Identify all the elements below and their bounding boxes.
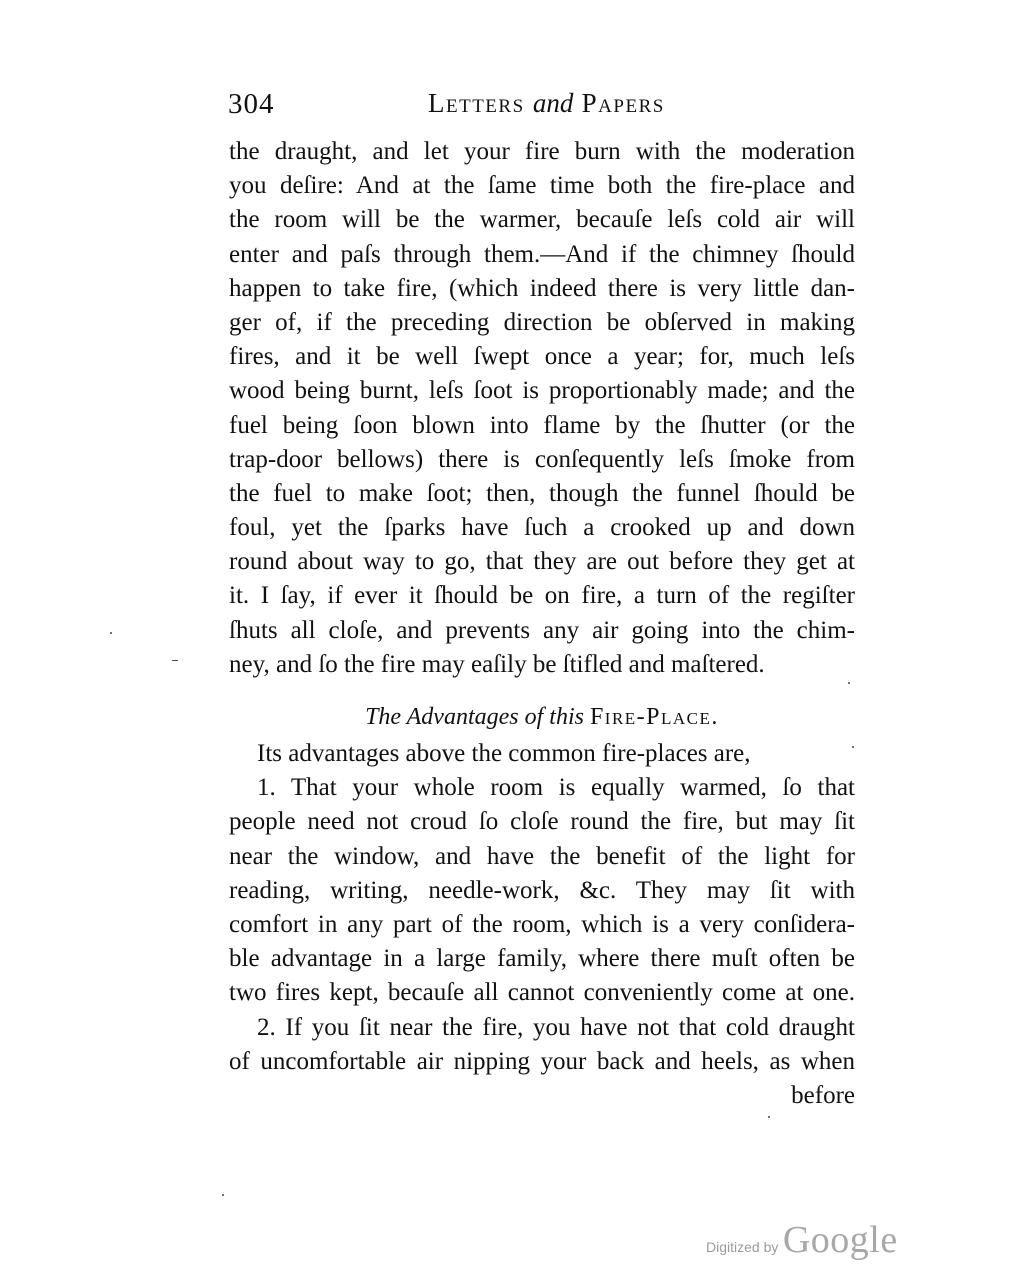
text-line: near the window, and have the benefit of… <box>229 840 855 874</box>
text-line: happen to take fire, (which indeed there… <box>229 272 855 306</box>
text-line: fires, and it be well ſwept once a year;… <box>229 340 855 374</box>
text-line: the draught, and let your fire burn with… <box>229 135 855 169</box>
text-line: round about way to go, that they are out… <box>229 545 855 579</box>
text-line: ble advantage in a large family, where t… <box>229 942 855 976</box>
running-head-post: Papers <box>573 88 664 118</box>
google-logo: Google <box>783 1219 898 1261</box>
text-line: the fuel to make ſoot; then, though the … <box>229 477 855 511</box>
text-line: ney, and ſo the fire may eaſily be ſtifl… <box>229 648 855 682</box>
page-header: 304 Letters and Papers <box>228 88 858 128</box>
page-number: 304 <box>228 88 275 121</box>
section-heading-italic: The Advantages of this <box>365 704 584 730</box>
scan-speck <box>848 682 850 684</box>
text-line: of uncomfortable air nipping your back a… <box>229 1045 855 1079</box>
text-line: enter and paſs through them.—And if the … <box>229 238 855 272</box>
text-line: 1. That your whole room is equally warme… <box>229 771 855 805</box>
text-line: ſhuts all cloſe, and prevents any air go… <box>229 614 855 648</box>
text-line: ger of, if the preceding direction be ob… <box>229 306 855 340</box>
scan-speck <box>768 1116 770 1118</box>
advantages-paragraph: Its advantages above the common fire-pla… <box>229 737 855 1113</box>
scan-speck <box>172 660 178 661</box>
paragraph-continued: the draught, and let your fire burn with… <box>229 135 855 682</box>
text-line: two fires kept, becauſe all cannot conve… <box>229 976 855 1010</box>
book-page: 304 Letters and Papers the draught, and … <box>0 0 1014 1282</box>
section-heading: The Advantages of this Fire-Place. <box>229 700 855 734</box>
text-line: it. I ſay, if ever it ſhould be on fire,… <box>229 579 855 613</box>
text-line: reading, writing, needle-work, &c. They … <box>229 874 855 908</box>
scan-speck <box>852 746 854 748</box>
running-head-pre: Letters <box>428 88 533 118</box>
text-line: fuel being ſoon blown into flame by the … <box>229 409 855 443</box>
scan-speck <box>110 632 112 634</box>
section-heading-smallcaps: Fire-Place. <box>590 704 719 730</box>
scan-speck <box>222 1194 224 1196</box>
running-head-italic: and <box>533 88 574 118</box>
text-line: people need not croud ſo cloſe round the… <box>229 805 855 839</box>
catchword: before <box>229 1079 855 1113</box>
text-line: trap-door bellows) there is conſequently… <box>229 443 855 477</box>
text-line: 2. If you ſit near the fire, you have no… <box>229 1011 855 1045</box>
text-line: Its advantages above the common fire-pla… <box>229 737 855 771</box>
text-line: comfort in any part of the room, which i… <box>229 908 855 942</box>
text-line: foul, yet the ſparks have ſuch a crooked… <box>229 511 855 545</box>
text-line: wood being burnt, leſs ſoot is proportio… <box>229 374 855 408</box>
running-head: Letters and Papers <box>428 88 665 119</box>
text-line: the room will be the warmer, becauſe leſ… <box>229 203 855 237</box>
digitized-label: Digitized by <box>706 1239 778 1255</box>
digitized-by-watermark: Digitized by Google <box>706 1218 898 1262</box>
text-line: you deſire: And at the ſame time both th… <box>229 169 855 203</box>
